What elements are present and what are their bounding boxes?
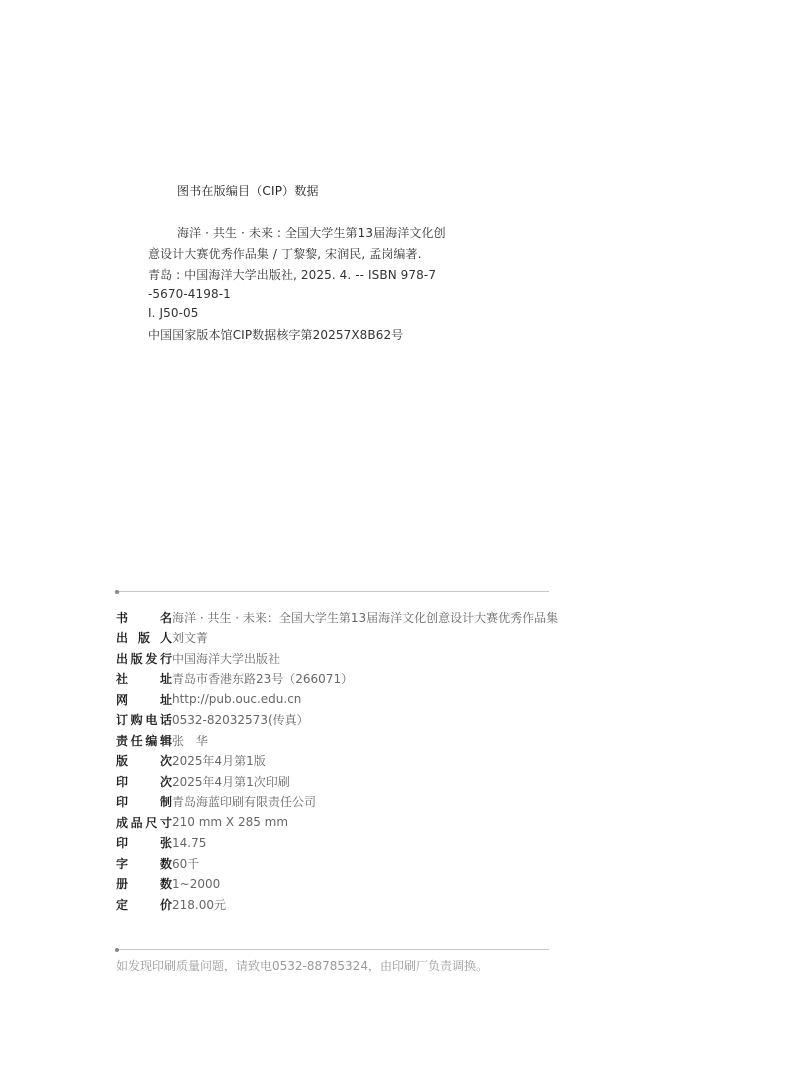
- value-book-title: 海洋 · 共生 · 未来：全国大学生第13届海洋文化创意设计大赛优秀作品集: [172, 609, 558, 626]
- row-order-phone: 订购电话 0532-82032573(传真）: [116, 710, 558, 731]
- row-price: 定价 218.00元: [116, 894, 558, 915]
- top-divider: [116, 591, 549, 592]
- row-printer: 印制 青岛海蓝印刷有限责任公司: [116, 792, 558, 813]
- value-editor: 张 华: [172, 732, 208, 749]
- row-website: 网址 http://pub.ouc.edu.cn: [116, 689, 558, 710]
- value-price: 218.00元: [172, 896, 226, 913]
- divider-dot-icon: [115, 948, 119, 952]
- value-sheets: 14.75: [172, 836, 206, 850]
- row-printing: 印次 2025年4月第1次印刷: [116, 771, 558, 792]
- row-distribution: 出版发行 中国海洋大学出版社: [116, 648, 558, 669]
- label-print-run: 册数: [116, 875, 172, 892]
- value-publisher-person: 刘文菁: [172, 629, 208, 646]
- cip-line-4: -5670-4198-1: [148, 287, 231, 301]
- label-size: 成品尺寸: [116, 814, 172, 831]
- label-order-phone: 订购电话: [116, 711, 172, 728]
- cip-line-3: 青岛 : 中国海洋大学出版社, 2025. 4. -- ISBN 978-7: [148, 266, 436, 283]
- value-size: 210 mm X 285 mm: [172, 815, 288, 829]
- value-edition: 2025年4月第1版: [172, 752, 266, 769]
- cip-line-2: 意设计大赛优秀作品集 / 丁黎黎, 宋润民, 孟岗编著.: [148, 245, 422, 262]
- value-website-link[interactable]: http://pub.ouc.edu.cn: [172, 692, 301, 706]
- row-editor: 责任编辑 张 华: [116, 730, 558, 751]
- label-website: 网址: [116, 691, 172, 708]
- row-edition: 版次 2025年4月第1版: [116, 751, 558, 772]
- label-printer: 印制: [116, 793, 172, 810]
- value-print-run: 1~2000: [172, 877, 220, 891]
- cip-classification: Ⅰ. J50-05: [148, 306, 198, 320]
- cip-record-number: 中国国家版本馆CIP数据核字第20257X8B62号: [148, 326, 403, 343]
- label-address: 社址: [116, 670, 172, 687]
- row-book-title: 书名 海洋 · 共生 · 未来：全国大学生第13届海洋文化创意设计大赛优秀作品集: [116, 607, 558, 628]
- value-printer: 青岛海蓝印刷有限责任公司: [172, 793, 316, 810]
- label-editor: 责任编辑: [116, 732, 172, 749]
- bottom-divider: [116, 949, 549, 950]
- label-edition: 版次: [116, 752, 172, 769]
- label-publisher-person: 出版人: [116, 629, 172, 646]
- row-size: 成品尺寸 210 mm X 285 mm: [116, 812, 558, 833]
- row-print-run: 册数 1~2000: [116, 874, 558, 895]
- value-order-phone: 0532-82032573(传真）: [172, 711, 309, 728]
- value-address: 青岛市香港东路23号（266071）: [172, 670, 353, 687]
- label-book-title: 书名: [116, 609, 172, 626]
- row-address: 社址 青岛市香港东路23号（266071）: [116, 669, 558, 690]
- cip-title: 图书在版编目（CIP）数据: [177, 182, 319, 199]
- label-printing: 印次: [116, 773, 172, 790]
- row-sheets: 印张 14.75: [116, 833, 558, 854]
- label-word-count: 字数: [116, 855, 172, 872]
- row-word-count: 字数 60千: [116, 853, 558, 874]
- label-sheets: 印张: [116, 834, 172, 851]
- label-distribution: 出版发行: [116, 650, 172, 667]
- value-printing: 2025年4月第1次印刷: [172, 773, 290, 790]
- label-price: 定价: [116, 896, 172, 913]
- cip-line-1: 海洋 · 共生 · 未来 : 全国大学生第13届海洋文化创: [177, 224, 446, 241]
- divider-dot-icon: [115, 590, 119, 594]
- colophon-table: 书名 海洋 · 共生 · 未来：全国大学生第13届海洋文化创意设计大赛优秀作品集…: [116, 607, 558, 915]
- quality-notice: 如发现印刷质量问题，请致电0532-88785324，由印刷厂负责调换。: [116, 957, 488, 974]
- value-distribution: 中国海洋大学出版社: [172, 650, 280, 667]
- row-publisher-person: 出版人 刘文菁: [116, 628, 558, 649]
- value-word-count: 60千: [172, 855, 199, 872]
